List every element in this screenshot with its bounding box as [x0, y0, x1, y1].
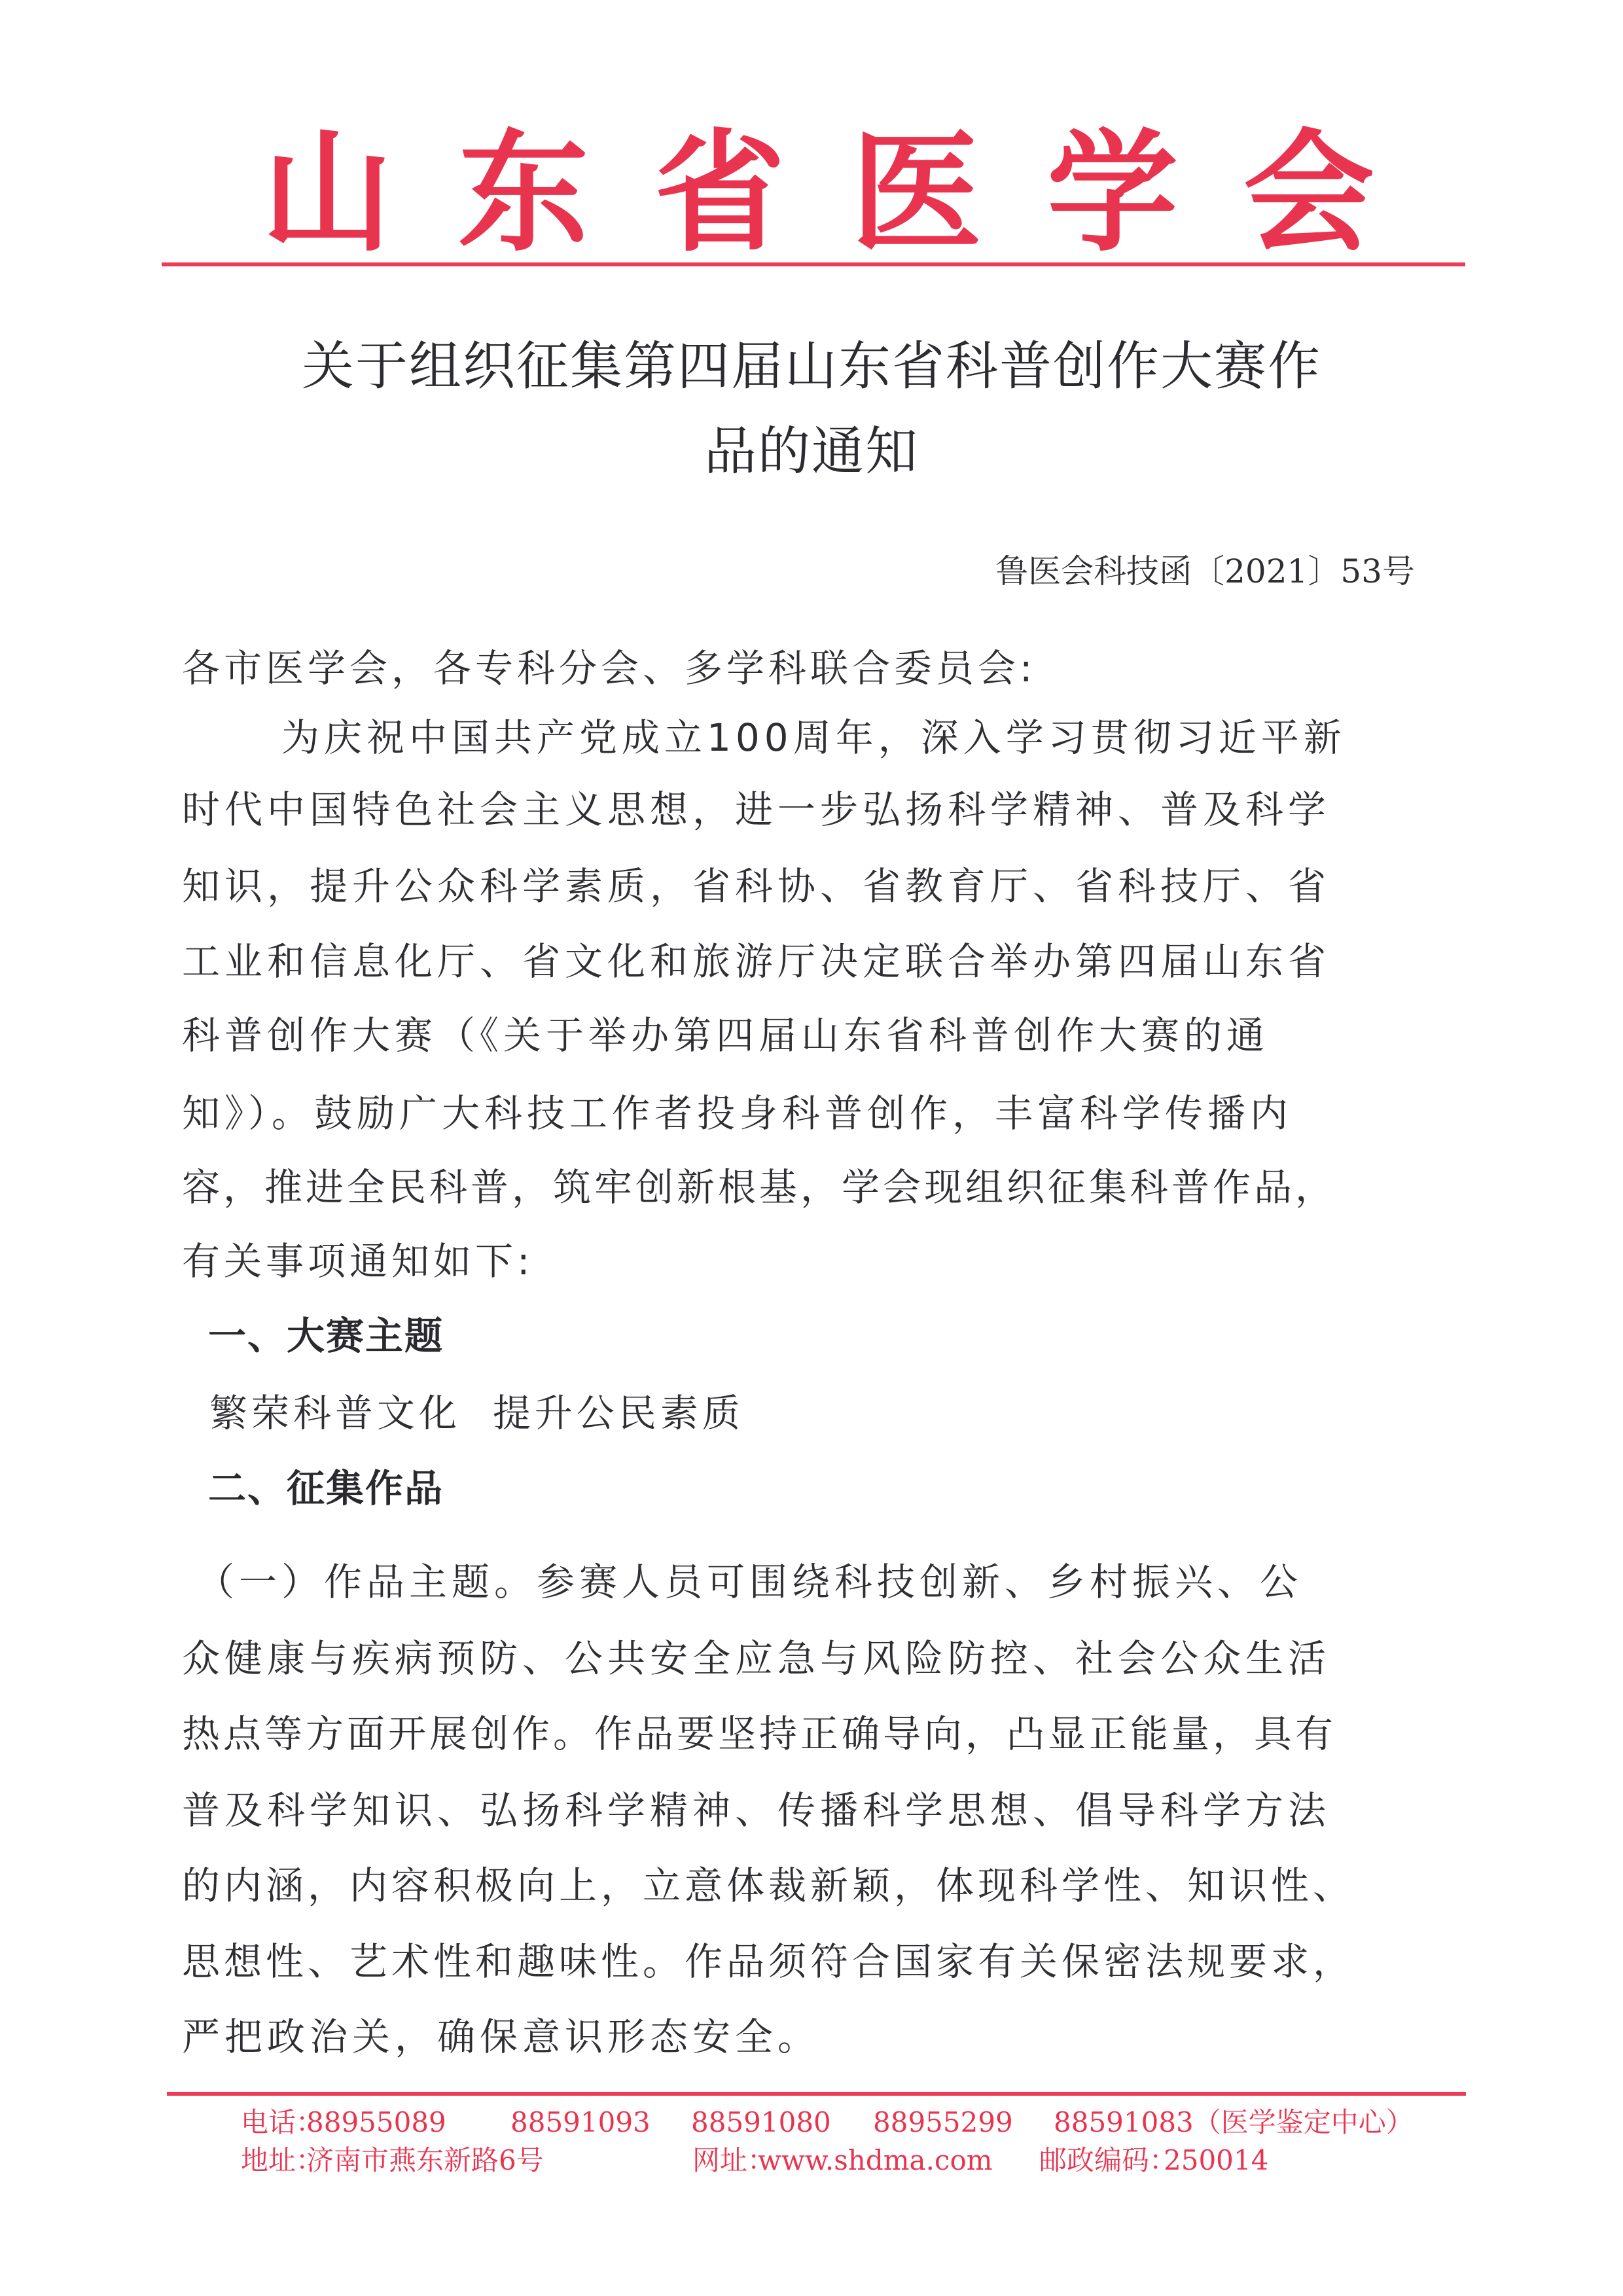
footer-contact-row: 地址： 济南市燕东新路6号 网址： www.shdma.com 邮政编码： 25… [241, 2147, 1452, 2179]
document-title-line-2: 品的通知 [164, 425, 1459, 478]
letterhead-char: 省 [654, 128, 785, 259]
phone-number: 88591093 [510, 2109, 651, 2136]
works-topic-line: 普及科学知识、弘扬科学精神、传播科学思想、倡导科学方法 [182, 1791, 1425, 1829]
works-topic-line: 众健康与疾病预防、公共安全应急与风险防控、社会公众生活 [182, 1640, 1425, 1677]
letterhead-char: 会 [1243, 128, 1374, 259]
letterhead-char: 学 [1047, 128, 1178, 259]
document-title-line-1: 关于组织征集第四届山东省科普创作大赛作 [164, 340, 1459, 393]
salutation: 各市医学会，各专科分会、多学科联合委员会: [182, 649, 1425, 687]
intro-line: 时代中国特色社会主义思想，进一步弘扬科学精神、普及科学 [182, 791, 1425, 829]
works-topic-line: 热点等方面开展创作。作品要坚持正确导向，凸显正能量，具有 [182, 1715, 1425, 1753]
works-topic-line: （一）作品主题。参赛人员可围绕科技创新、乡村振兴、公 [196, 1563, 1440, 1601]
works-topic-line: 的内涵，内容积极向上，立意体裁新颖，体现科学性、知识性、 [182, 1867, 1425, 1905]
works-topic-line: 思想性、艺术性和趣味性。作品须符合国家有关保密法规要求， [182, 1943, 1425, 1981]
letterhead-divider [162, 262, 1465, 266]
intro-line: 工业和信息化厅、省文化和旅游厅决定联合举办第四届山东省 [182, 942, 1425, 980]
phone-number-medical-appraisal: 88591083（医学鉴定中心） [1054, 2109, 1414, 2136]
phone-number: 88591080 [691, 2109, 831, 2136]
intro-line: 有关事项通知如下: [182, 1242, 1425, 1280]
intro-line: 容，推进全民科普，筑牢创新根基，学会现组织征集科普作品， [182, 1168, 1425, 1206]
section-heading-theme: 一、大赛主题 [208, 1317, 444, 1355]
section-heading-works: 二、征集作品 [208, 1469, 444, 1507]
footer-phone-row: 电话： 88955089 88591093 88591080 88955299 … [241, 2109, 1452, 2142]
contest-theme-text: 繁荣科普文化 提升公民素质 [209, 1394, 1453, 1432]
footer-divider [167, 2092, 1466, 2096]
postcode-label: 邮政编码： [1039, 2147, 1177, 2174]
intro-line: 知》）。鼓励广大科技工作者投身科普创作，丰富科学传播内 [182, 1094, 1425, 1132]
intro-line: 科普创作大赛（《关于举办第四届山东省科普创作大赛的通 [182, 1016, 1425, 1054]
works-topic-line: 严把政治关，确保意识形态安全。 [182, 2018, 1425, 2056]
intro-line: 知识，提升公众科学素质，省科协、省教育厅、省科技厅、省 [182, 867, 1425, 905]
letterhead-org-name: 山 东 省 医 学 会 [262, 121, 1374, 265]
address-text: 济南市燕东新路6号 [306, 2147, 544, 2174]
postcode-value: 250014 [1164, 2147, 1268, 2174]
document-number: 鲁医会科技函〔2021〕53号 [995, 555, 1415, 588]
letterhead-char: 山 [262, 128, 393, 259]
phone-number: 88955089 [306, 2109, 446, 2136]
letterhead-char: 医 [851, 128, 982, 259]
website-link[interactable]: www.shdma.com [758, 2147, 993, 2174]
phone-number: 88955299 [873, 2109, 1013, 2136]
intro-line: 为庆祝中国共产党成立100周年，深入学习贯彻习近平新 [281, 719, 1525, 757]
letterhead-char: 东 [458, 128, 589, 259]
